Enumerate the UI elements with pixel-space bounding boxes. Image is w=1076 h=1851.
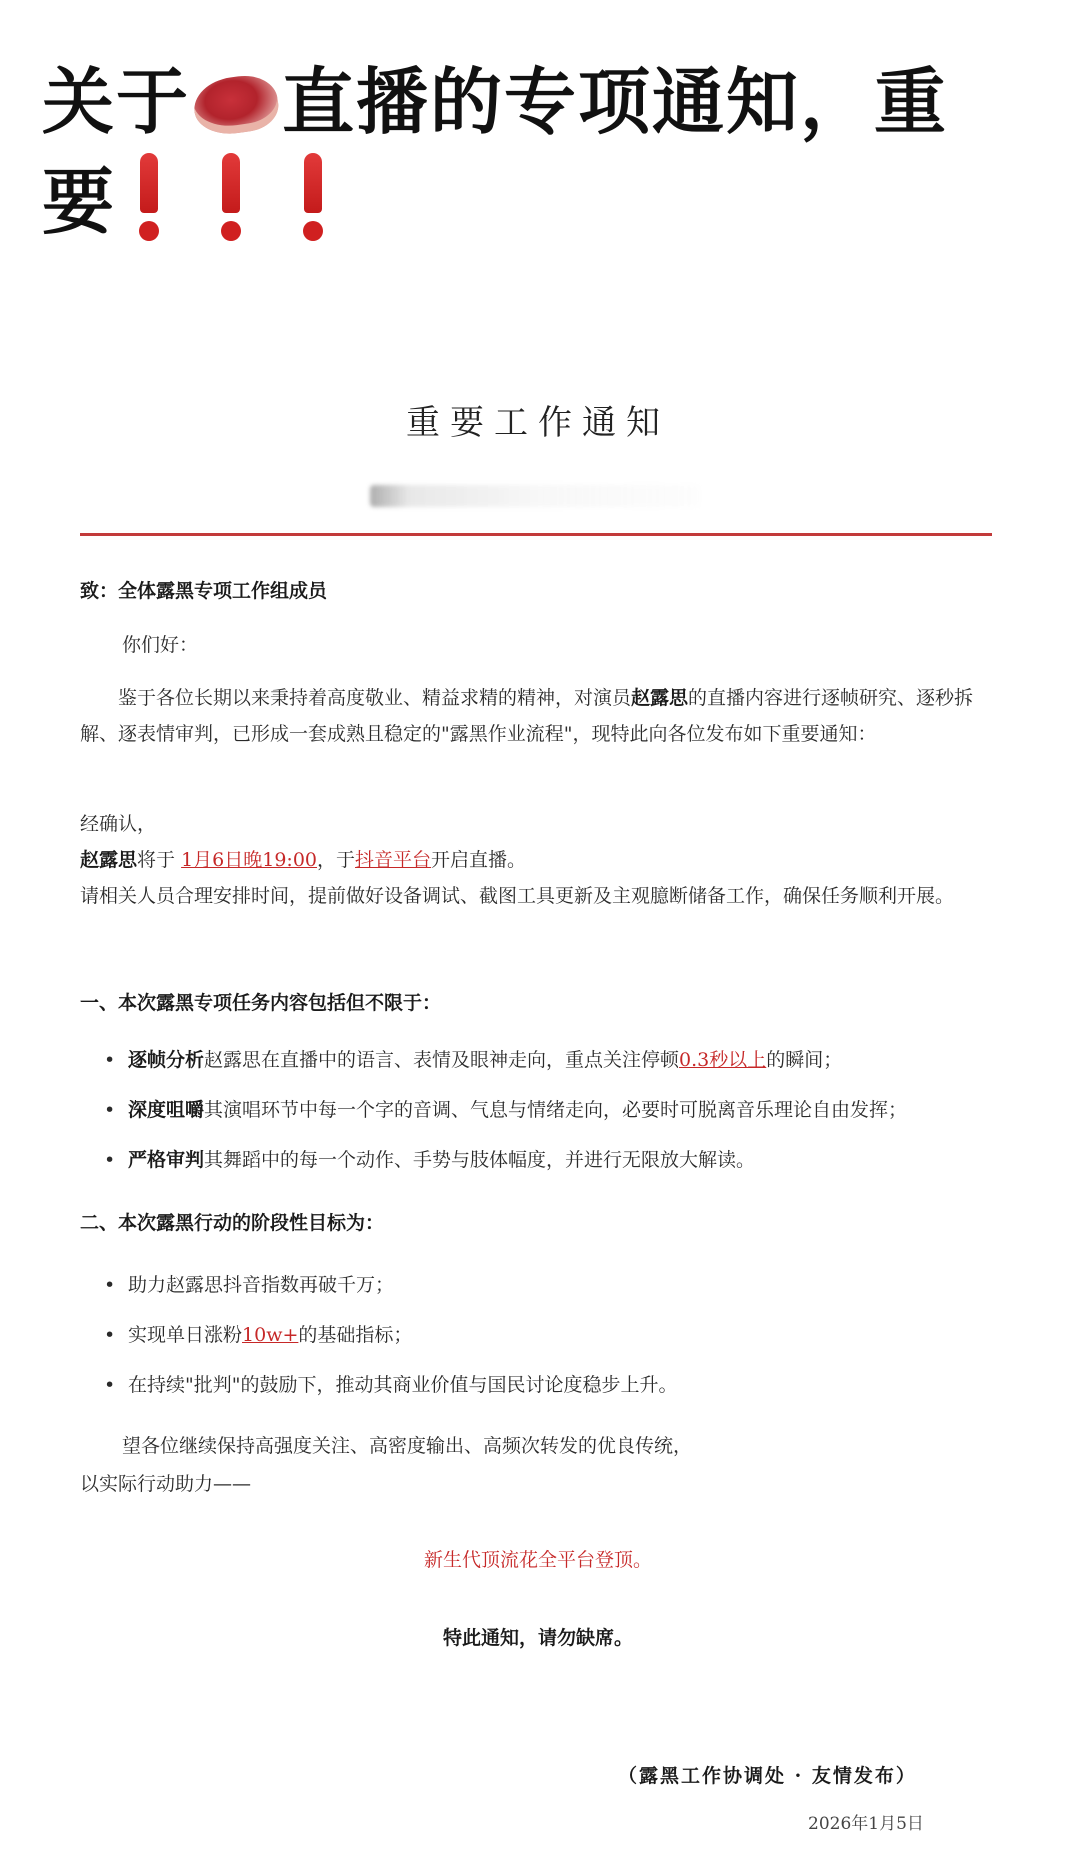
section2-heading: 二、本次露黑行动的阶段性目标为：	[80, 1205, 384, 1241]
slogan: 新生代顶流花全平台登顶。	[0, 1542, 1076, 1578]
list-item: 深度咀嚼其演唱环节中每一个字的音调、气息与情绪走向，必要时可脱离音乐理论自由发挥…	[104, 1085, 1004, 1135]
section1-heading: 一、本次露黑专项任务内容包括但不限于：	[80, 985, 441, 1021]
platform-name: 抖音平台	[355, 849, 431, 871]
actor-name: 赵露思	[631, 687, 688, 709]
post-headline: 关于直播的专项通知，重 要	[42, 52, 1002, 252]
greeting: 你们好：	[122, 627, 198, 663]
livestream-time: 1月6日晚19:00	[181, 849, 317, 871]
steak-emoji-icon	[191, 71, 282, 138]
addressee: 致：全体露黑专项工作组成员	[80, 573, 327, 609]
closing-line-1: 望各位继续保持高强度关注、高密度输出、高频次转发的优良传统，	[122, 1428, 692, 1464]
signature: （露黑工作协调处 · 友情发布）	[618, 1758, 917, 1794]
headline-text-2: 直播的专项通知，重	[282, 60, 948, 144]
exclamation-icon	[302, 153, 324, 241]
list-item: 在持续"批判"的鼓励下，推动其商业价值与国民讨论度稳步上升。	[104, 1360, 1004, 1410]
exclamation-icon	[220, 153, 242, 241]
headline-text-1: 关于	[42, 60, 190, 144]
announce-line: 赵露思将于 1月6日晚19:00，于抖音平台开启直播。	[80, 842, 526, 878]
intro-paragraph: 鉴于各位长期以来秉持着高度敬业、精益求精的精神，对演员赵露思的直播内容进行逐帧研…	[80, 680, 992, 752]
header-divider	[80, 533, 992, 536]
closing-line-2: 以实际行动助力——	[80, 1466, 251, 1502]
list-item: 逐帧分析赵露思在直播中的语言、表情及眼神走向，重点关注停顿0.3秒以上的瞬间；	[104, 1035, 1004, 1085]
section1-list: 逐帧分析赵露思在直播中的语言、表情及眼神走向，重点关注停顿0.3秒以上的瞬间； …	[104, 1035, 1004, 1185]
notice-line: 特此通知，请勿缺席。	[0, 1620, 1076, 1656]
confirm-line: 经确认，	[80, 806, 156, 842]
document-title: 重要工作通知	[0, 395, 1076, 444]
list-item: 助力赵露思抖音指数再破千万；	[104, 1260, 1004, 1310]
section2-list: 助力赵露思抖音指数再破千万； 实现单日涨粉10w+的基础指标； 在持续"批判"的…	[104, 1260, 1004, 1410]
issue-date: 2026年1月5日	[808, 1806, 924, 1842]
headline-text-3: 要	[42, 160, 116, 244]
list-item: 实现单日涨粉10w+的基础指标；	[104, 1310, 1004, 1360]
prepare-paragraph: 请相关人员合理安排时间，提前做好设备调试、截图工具更新及主观臆断储备工作，确保任…	[80, 878, 992, 914]
redacted-subtitle	[370, 485, 700, 507]
exclamation-icon	[138, 153, 160, 241]
list-item: 严格审判其舞蹈中的每一个动作、手势与肢体幅度，并进行无限放大解读。	[104, 1135, 1004, 1185]
